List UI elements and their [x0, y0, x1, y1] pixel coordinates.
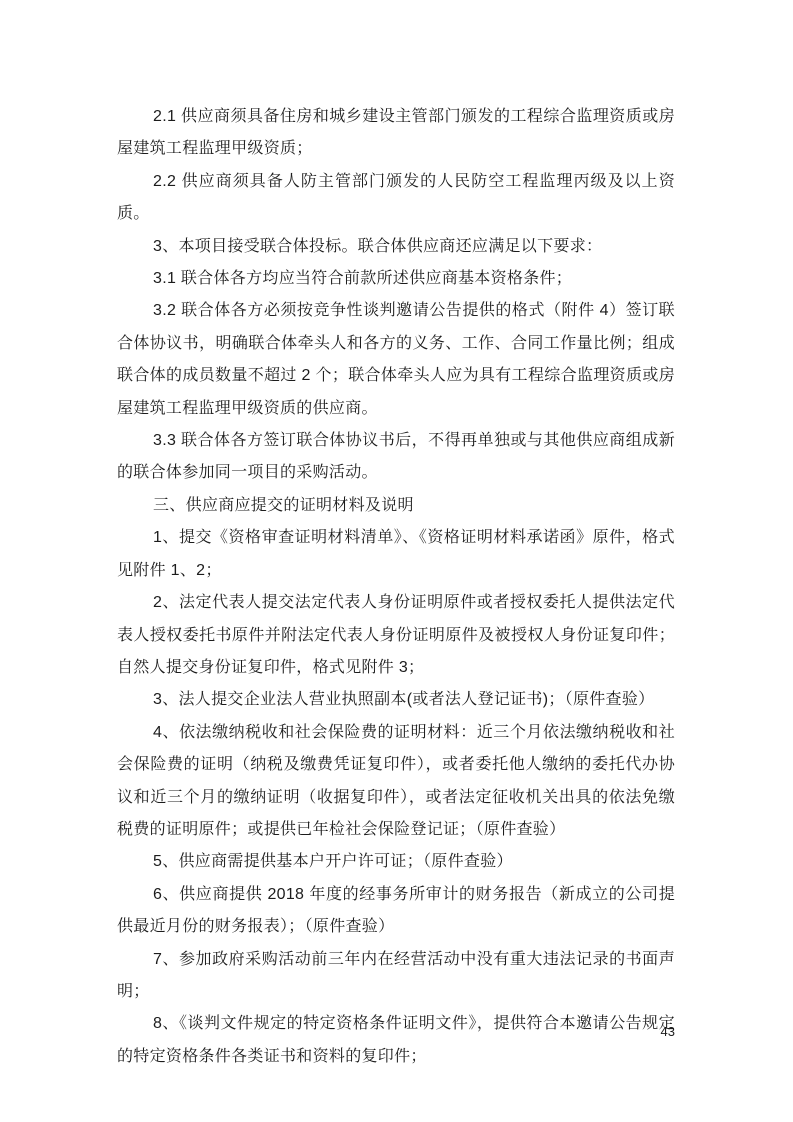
- paragraph: 5、供应商需提供基本户开户许可证；（原件查验）: [117, 846, 675, 878]
- document-body: 2.1 供应商须具备住房和城乡建设主管部门颁发的工程综合监理资质或房屋建筑工程监…: [117, 101, 675, 1073]
- paragraph: 2、法定代表人提交法定代表人身份证明原件或者授权委托人提供法定代表人授权委托书原…: [117, 587, 675, 684]
- paragraph: 3、法人提交企业法人营业执照副本(或者法人登记证书)；（原件查验）: [117, 684, 675, 716]
- paragraph: 4、依法缴纳税收和社会保险费的证明材料：近三个月依法缴纳税收和社会保险费的证明（…: [117, 717, 675, 847]
- paragraph: 3.3 联合体各方签订联合体协议书后，不得再单独或与其他供应商组成新的联合体参加…: [117, 425, 675, 490]
- paragraph: 3.2 联合体各方必须按竞争性谈判邀请公告提供的格式（附件 4）签订联合体协议书…: [117, 295, 675, 425]
- paragraph: 7、参加政府采购活动前三年内在经营活动中没有重大违法记录的书面声明；: [117, 944, 675, 1009]
- paragraph: 6、供应商提供 2018 年度的经事务所审计的财务报告（新成立的公司提供最近月份…: [117, 879, 675, 944]
- paragraph: 2.2 供应商须具备人防主管部门颁发的人民防空工程监理丙级及以上资质。: [117, 166, 675, 231]
- paragraph: 2.1 供应商须具备住房和城乡建设主管部门颁发的工程综合监理资质或房屋建筑工程监…: [117, 101, 675, 166]
- paragraph: 3.1 联合体各方均应当符合前款所述供应商基本资格条件；: [117, 263, 675, 295]
- document-page: 2.1 供应商须具备住房和城乡建设主管部门颁发的工程综合监理资质或房屋建筑工程监…: [0, 0, 793, 1122]
- page-number: 43: [117, 1023, 675, 1041]
- paragraph: 3、本项目接受联合体投标。联合体供应商还应满足以下要求：: [117, 231, 675, 263]
- section-heading: 三、供应商应提交的证明材料及说明: [117, 490, 675, 522]
- paragraph: 1、提交《资格审查证明材料清单》、《资格证明材料承诺函》原件，格式见附件 1、2…: [117, 522, 675, 587]
